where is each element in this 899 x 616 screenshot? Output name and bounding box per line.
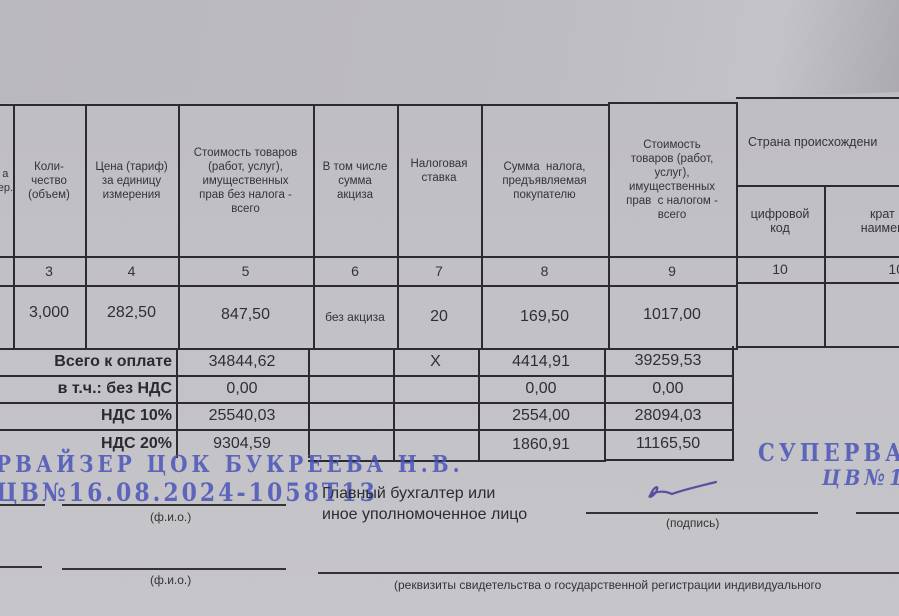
fio-caption-1: (ф.и.о.)	[150, 510, 191, 524]
fio-line-2	[62, 568, 286, 570]
no-vat-cost-with-tax: 0,00	[604, 375, 734, 404]
header-tax-rate: Налоговая ставка	[397, 104, 483, 258]
header-cost-with-tax: Стоимость товаров (работ, услуг), имущес…	[608, 102, 738, 258]
index-5: 5	[178, 256, 315, 287]
item-price: 282,50	[85, 285, 180, 350]
index-8: 8	[481, 256, 610, 287]
vat10-cost-no-tax: 25540,03	[176, 402, 310, 431]
signature-mark	[640, 478, 720, 502]
header-cost-no-tax: Стоимость товаров (работ, услуг), имущес…	[178, 104, 315, 258]
fio-line-2a	[0, 566, 42, 568]
no-vat-tax-sum: 0,00	[478, 375, 606, 404]
fio-line-1a	[0, 504, 45, 506]
total-tax-sum: 4414,91	[478, 348, 606, 377]
fio-line-1	[62, 504, 286, 506]
header-excise: В том числе сумма акциза	[313, 104, 399, 258]
index-4: 4	[85, 256, 180, 287]
item-country-code	[736, 282, 826, 348]
vat10-tax-sum: 2554,00	[478, 402, 606, 431]
chief-accountant-label: Главный бухгалтер или иное уполномоченно…	[322, 483, 527, 525]
item-tax-rate: 20	[397, 285, 483, 350]
stamp-right-line2: ЦВ№1	[822, 465, 899, 490]
stamp-right-line1: СУПЕРВАЙЗ	[758, 438, 899, 467]
header-qty: Коли- чество (объем)	[13, 104, 87, 258]
item-qty: 3,000	[13, 285, 87, 350]
total-cost-with-tax: 39259,53	[604, 346, 734, 377]
no-vat-label: в т.ч.: без НДС	[0, 375, 178, 404]
header-price: Цена (тариф) за единицу измерения	[85, 104, 180, 258]
item-tax-sum: 169,50	[481, 285, 610, 350]
index-10a: 10	[736, 256, 826, 284]
right-line	[856, 512, 899, 514]
vat20-cost-with-tax: 11165,50	[604, 429, 734, 461]
index-6: 6	[313, 256, 399, 287]
registration-caption: (реквизиты свидетельства о государственн…	[394, 578, 821, 592]
item-excise: без акциза	[313, 285, 399, 350]
no-vat-excise	[308, 375, 395, 404]
header-country: Страна происхождени	[736, 97, 899, 187]
index-9: 9	[608, 256, 738, 287]
fio-caption-2: (ф.и.о.)	[150, 573, 191, 587]
stamp-left-line1: РВАЙЗЕР ЦОК БУКРЕЕВА Н.В.	[0, 450, 464, 478]
total-excise	[308, 348, 395, 377]
no-vat-tax-rate	[393, 375, 480, 404]
total-label: Всего к оплате	[0, 348, 178, 377]
header-country-code: цифровой код	[736, 185, 826, 258]
vat10-cost-with-tax: 28094,03	[604, 402, 734, 431]
vat10-excise	[308, 402, 395, 431]
header-country-name: крат наимен	[824, 185, 899, 258]
total-tax-rate: X	[393, 348, 480, 377]
vat10-label: НДС 10%	[0, 402, 178, 431]
header-tax-sum: Сумма налога, предъявляемая покупателю	[481, 104, 610, 258]
index-3: 3	[13, 256, 87, 287]
registration-line	[318, 572, 899, 574]
index-7: 7	[397, 256, 483, 287]
total-cost-no-tax: 34844,62	[176, 348, 310, 377]
index-10b: 10	[824, 256, 899, 284]
vat20-tax-sum: 1860,91	[478, 429, 606, 462]
item-country-name	[824, 282, 899, 348]
signature-line	[586, 512, 818, 514]
signature-caption: (подпись)	[666, 516, 719, 530]
item-cost-with-tax: 1017,00	[608, 285, 738, 350]
no-vat-cost-no-tax: 0,00	[176, 375, 310, 404]
item-cost-no-tax: 847,50	[178, 285, 315, 350]
vat10-tax-rate	[393, 402, 480, 431]
